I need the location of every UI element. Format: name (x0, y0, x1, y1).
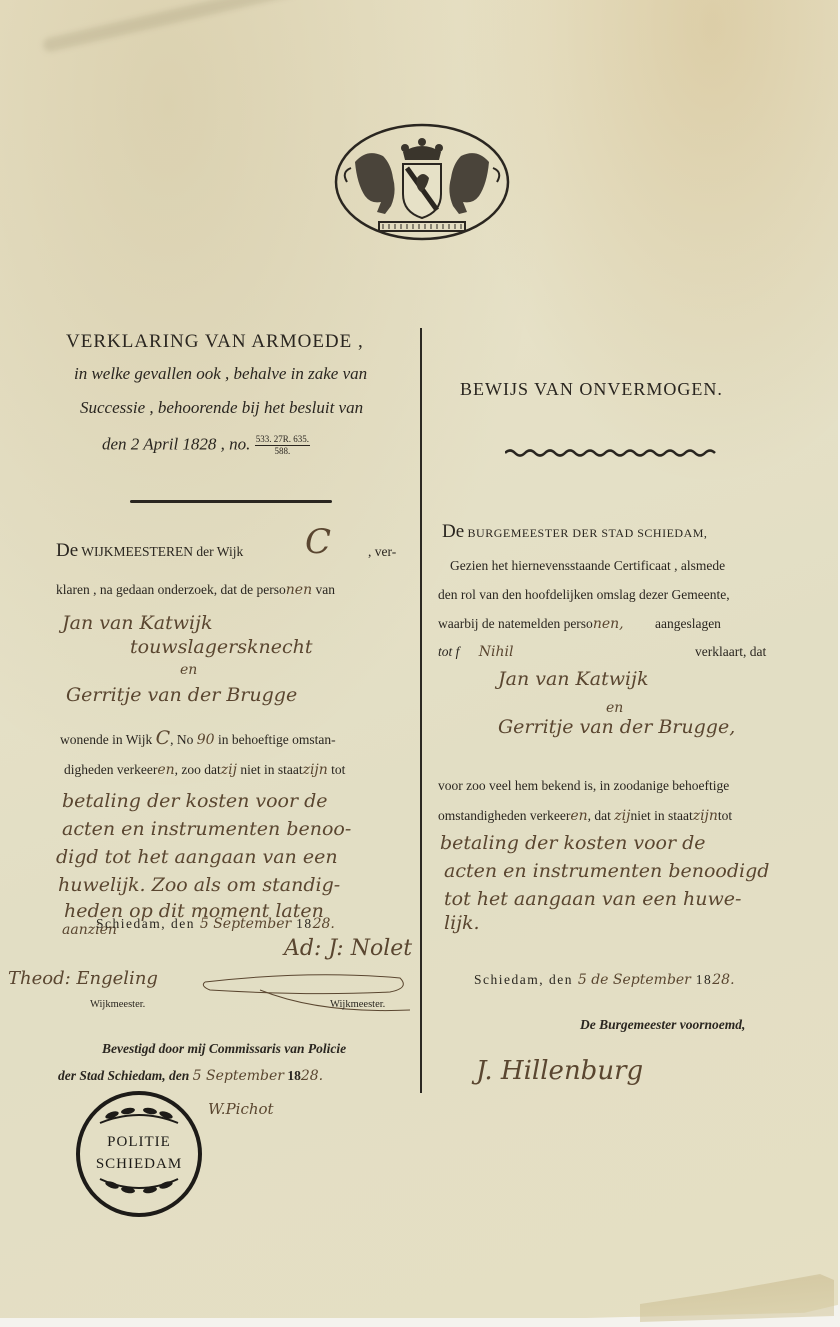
para-text: aangeslagen (655, 616, 721, 631)
para-text: tot f (438, 644, 459, 659)
seal-text-politie: POLITIE (80, 1131, 198, 1153)
para-text: omstandigheden verkeer (438, 808, 570, 823)
hand-insert: en (570, 808, 587, 824)
confirm-text: der Stad Schiedam, den (58, 1068, 189, 1083)
hand-body-line: acten en instrumenten benoo- (62, 818, 351, 840)
para-text: , dat (588, 808, 611, 823)
hand-house-number: 90 (197, 732, 215, 748)
para-text: waarbij de natemelden perso (438, 616, 593, 631)
right-date-line: Schiedam, den 5 de September 1828. (474, 972, 735, 988)
signature-burgemeester: J. Hillenburg (476, 1056, 643, 1086)
drop-cap-de: De (56, 540, 78, 561)
right-line6: omstandigheden verkeeren, dat zijniet in… (438, 808, 732, 824)
hand-insert: zij (221, 762, 237, 778)
hand-name1: Jan van Katwijk (498, 668, 648, 690)
left-para-verklaren: , ver- (368, 544, 396, 560)
hand-wijk: C (305, 522, 331, 562)
decree-numbers: 533. 27R. 635. 588. (255, 434, 310, 457)
hand-date: 5 de September (578, 972, 691, 988)
hand-body-line: digd tot het aangaan van een (56, 846, 338, 868)
date-year-prefix: 18 (287, 1068, 301, 1083)
date-prefix: Schiedam, den (96, 916, 195, 931)
hand-insert: en (157, 762, 174, 778)
hand-name2: Gerritje van der Brugge (66, 684, 297, 706)
para-text: tot (718, 808, 732, 823)
para-text: , No (170, 732, 193, 747)
hand-year: 28. (712, 972, 734, 988)
hand-body-line: betaling der kosten voor de (62, 790, 328, 812)
left-wonende-line: wonende in Wijk C, No 90 in behoeftige o… (60, 727, 336, 749)
left-subtitle-line1: in welke gevallen ook , behalve in zake … (74, 364, 367, 384)
label-wijkmeester-right: Wijkmeester. (330, 999, 385, 1010)
confirm-line1: Bevestigd door mij Commissaris van Polic… (102, 1041, 346, 1057)
hand-insert: zijn (303, 762, 328, 778)
signature-commissioner: W.Pichot (208, 1100, 274, 1118)
hand-body-line: betaling der kosten voor de (440, 832, 706, 854)
hand-body-line: lijk. (444, 912, 480, 934)
hand-insert: nen, (593, 616, 624, 632)
column-divider (420, 328, 422, 1093)
wavy-ornament-rule (505, 448, 720, 458)
signature-wijkmeester-right: Ad: J: Nolet (284, 936, 412, 961)
right-line3: waarbij de natemelden personen, aangesla… (438, 616, 721, 632)
hand-en: en (606, 700, 623, 716)
hand-name1: Jan van Katwijk (62, 612, 212, 634)
left-title-rule (130, 500, 332, 503)
confirm-line2: der Stad Schiedam, den 5 September 1828. (58, 1068, 323, 1084)
hand-body-line: acten en instrumenten benoodigd (444, 860, 769, 882)
para-text: wonende in Wijk (60, 732, 152, 747)
hand-date: 5 September (193, 1068, 284, 1084)
left-title: VERKLARING VAN ARMOEDE , (66, 331, 364, 353)
para-text: niet in staat (240, 762, 302, 777)
hand-wijk: C (156, 727, 171, 749)
laurel-wreath-top-icon (80, 1101, 198, 1131)
para-text: digheden verkeer (64, 762, 157, 777)
hand-nihil: Nihil (479, 644, 514, 660)
signature-wijkmeester-left: Theod: Engeling (8, 968, 158, 989)
right-line4: tot f Nihil (438, 644, 513, 660)
hand-en: en (180, 662, 197, 678)
para-text: , zoo dat (175, 762, 221, 777)
hand-date: 5 September (200, 916, 291, 932)
hand-year: 28. (301, 1068, 323, 1084)
left-para-line1: De WIJKMEESTEREN der Wijk (56, 540, 243, 562)
para-text: in behoeftige omstan- (218, 732, 336, 747)
drop-cap-de: De (442, 521, 464, 542)
left-digheden-line: digheden verkeeren, zoo datzij niet in s… (64, 762, 345, 778)
heading-text: BURGEMEESTER DER STAD SCHIEDAM, (468, 526, 708, 540)
right-line2: den rol van den hoofdelijken omslag deze… (438, 587, 730, 603)
signature-flourish (200, 970, 420, 1020)
hand-insert: zij (614, 808, 630, 824)
left-subtitle-line2: Successie , behoorende bij het besluit v… (80, 398, 363, 418)
hand-insert: zijn (693, 808, 718, 824)
date-year-prefix: 18 (296, 916, 313, 931)
right-line4-verklaart: verklaart, dat (695, 644, 766, 660)
left-date-line: Schiedam, den 5 September 1828. (96, 916, 335, 932)
hand-year: 28. (313, 916, 335, 932)
coat-of-arms-icon (333, 122, 511, 242)
decree-numbers-bottom: 588. (255, 446, 310, 457)
para-text: van (315, 582, 335, 597)
hand-occupation: touwslagersknecht (130, 636, 312, 658)
right-line1: Gezien het hiernevensstaande Certificaat… (450, 558, 725, 574)
closing-burgemeester: De Burgemeester voornoemd, (580, 1017, 745, 1033)
label-wijkmeester-left: Wijkmeester. (90, 999, 145, 1010)
date-prefix: Schiedam, den (474, 972, 573, 987)
right-heading: De BURGEMEESTER DER STAD SCHIEDAM, (442, 521, 707, 543)
para-text: WIJKMEESTEREN der Wijk (81, 544, 243, 559)
para-text: tot (331, 762, 345, 777)
laurel-wreath-bottom-icon (80, 1175, 198, 1201)
left-subtitle-line3: den 2 April 1828 , no. 533. 27R. 635. 58… (102, 434, 310, 457)
hand-name2: Gerritje van der Brugge, (498, 716, 735, 738)
date-year-prefix: 18 (696, 972, 713, 987)
left-para-line2: klaren , na gedaan onderzoek, dat de per… (56, 582, 335, 598)
police-seal-stamp: POLITIE SCHIEDAM (76, 1091, 202, 1217)
hand-body-line: tot het aangaan van een huwe- (444, 888, 741, 910)
right-line5: voor zoo veel hem bekend is, in zoodanig… (438, 778, 729, 794)
hand-body-line: huwelijk. Zoo als om standig- (58, 874, 340, 896)
hand-insert: nen (286, 582, 312, 598)
decree-date: den 2 April 1828 , no. (102, 434, 250, 453)
right-title: BEWIJS VAN ONVERMOGEN. (460, 379, 723, 400)
para-text: klaren , na gedaan onderzoek, dat de per… (56, 582, 286, 597)
para-text: niet in staat (630, 808, 692, 823)
decree-numbers-top: 533. 27R. 635. (255, 434, 310, 446)
seal-text-schiedam: SCHIEDAM (80, 1153, 198, 1175)
